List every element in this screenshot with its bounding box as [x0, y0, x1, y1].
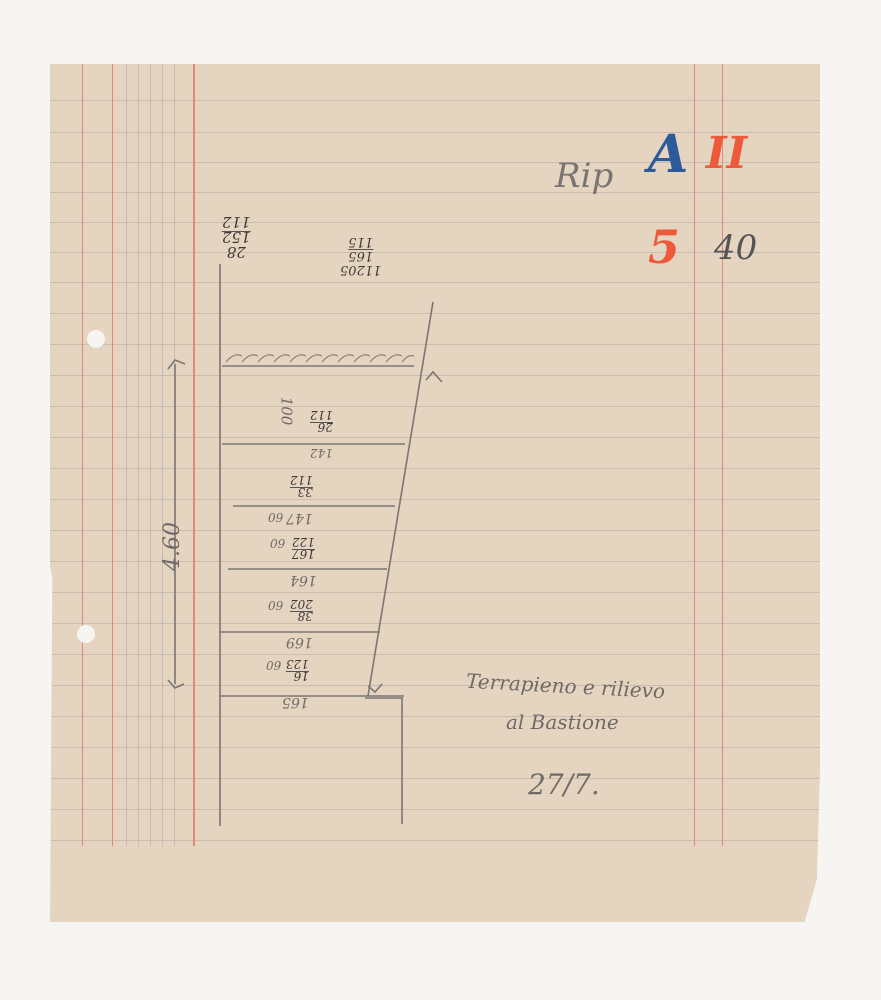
wall-section-drawing [50, 64, 820, 922]
level-mirror: 142 [310, 446, 333, 460]
calc-left: 28 152 112 [222, 214, 251, 259]
calc-right: 11205 165 115 [340, 234, 381, 276]
pencil-number-mark: 40 [714, 228, 757, 268]
level-mirror: 147 [286, 510, 313, 526]
paper-sheet: Rip A II 5 40 28 152 112 11205 165 115 4… [50, 64, 820, 922]
side-note: 60 [270, 536, 285, 550]
caption-date: 27/7. [528, 768, 600, 801]
roman-numeral-mark: II [706, 128, 747, 179]
level-mirror: 169 [286, 634, 313, 650]
level-mirror: 165 [282, 694, 309, 710]
side-note: 60 [266, 658, 281, 672]
calc-value: 11205 [340, 262, 381, 277]
level-annotation: 16123 [286, 658, 309, 682]
letter-a-mark: A [648, 124, 688, 185]
level-mirror: 164 [290, 572, 317, 588]
height-label: 4.60 [148, 534, 197, 559]
prefix-mark: Rip [555, 156, 613, 196]
calc-value: 115 [348, 234, 373, 250]
calc-value: 112 [222, 213, 251, 232]
level-annotation: 167122 [292, 536, 315, 560]
red-number-mark: 5 [648, 220, 680, 274]
level-annotation: 38202 [290, 598, 313, 622]
width-label: 100 [272, 402, 301, 420]
level-annotation: 33112 [290, 474, 313, 498]
calc-value: 165 [348, 248, 373, 263]
side-note: 60 [268, 510, 283, 524]
level-annotation: 26112 [310, 409, 333, 433]
side-note: 60 [268, 598, 283, 612]
caption-line-2: al Bastione [506, 710, 619, 734]
